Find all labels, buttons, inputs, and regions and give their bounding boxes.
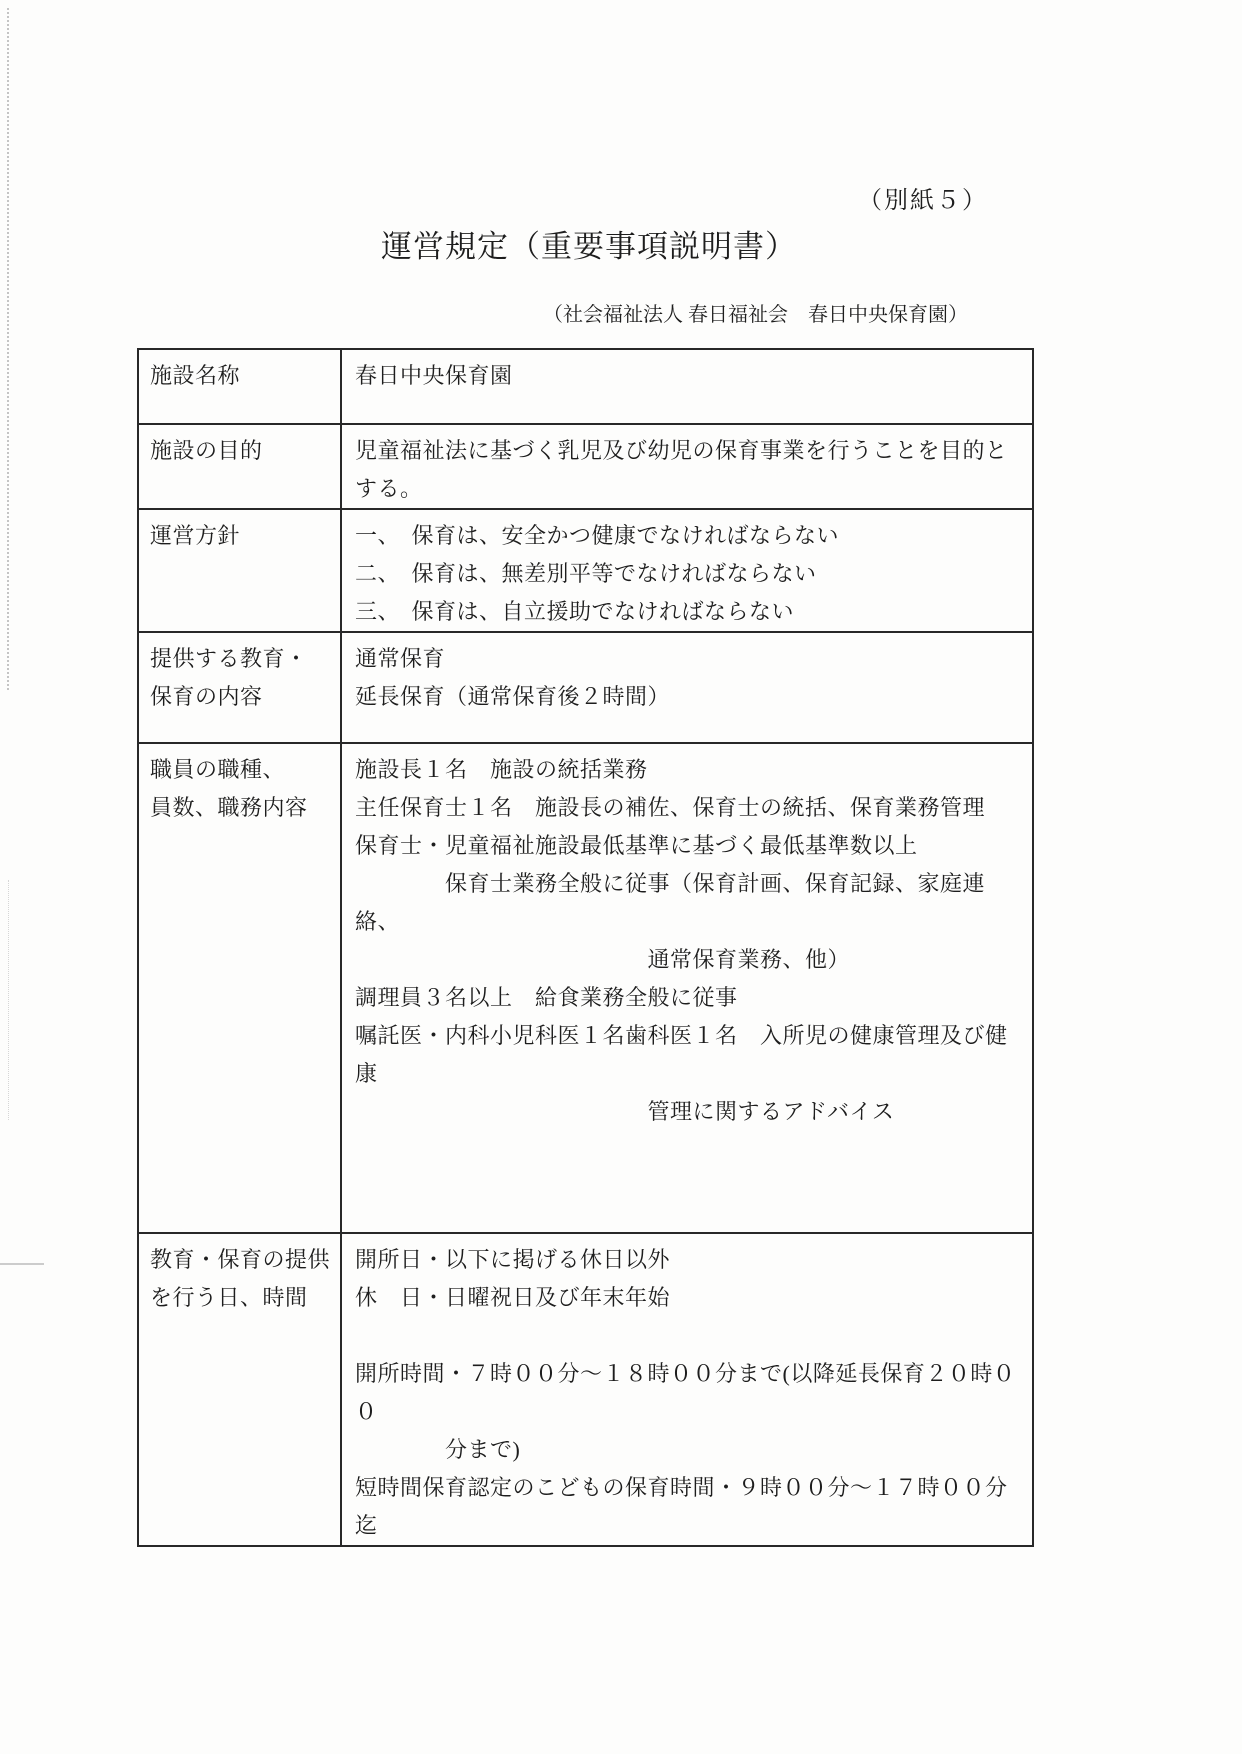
- scan-artifact-line: [7, 8, 9, 690]
- table-row-management-policy: 運営方針 一、 保育は、安全かつ健康でなければならない 二、 保育は、無差別平等…: [138, 509, 1033, 632]
- row-content-management-policy: 一、 保育は、安全かつ健康でなければならない 二、 保育は、無差別平等でなければ…: [341, 509, 1033, 632]
- table-row-facility-purpose: 施設の目的 児童福祉法に基づく乳児及び幼児の保育事業を行うことを目的と する。: [138, 424, 1033, 509]
- scanned-document-page: { "ink_color": "#1d1d1d", "header": { "a…: [0, 0, 1242, 1754]
- label-line: 提供する教育・: [150, 640, 334, 678]
- text-line: 調理員３名以上 給食業務全般に従事: [355, 979, 1024, 1017]
- label-line: 職員の職種、: [150, 751, 334, 789]
- row-label-staff-details: 職員の職種、 員数、職務内容: [138, 743, 341, 1233]
- text-line: 二、 保育は、無差別平等でなければならない: [355, 555, 1024, 593]
- row-label-service-days-hours: 教育・保育の提供 を行う日、時間: [138, 1233, 341, 1546]
- text-line: 開所時間・７時００分～１８時００分まで(以降延長保育２０時００: [355, 1355, 1024, 1431]
- label-line: 施設の目的: [150, 432, 334, 470]
- text-line: 施設長１名 施設の統括業務: [355, 751, 1024, 789]
- row-label-facility-purpose: 施設の目的: [138, 424, 341, 509]
- label-line: 施設名称: [150, 357, 334, 395]
- text-line: する。: [355, 470, 1024, 508]
- text-line: 短時間保育認定のこどもの保育時間・９時００分～１７時００分迄: [355, 1469, 1024, 1545]
- text-line: 春日中央保育園: [355, 357, 1024, 395]
- attachment-label: （別紙５）: [858, 180, 988, 215]
- scan-artifact-line: [8, 880, 9, 1120]
- row-content-facility-name: 春日中央保育園: [341, 349, 1033, 424]
- text-line: 分まで): [355, 1431, 1024, 1469]
- row-content-facility-purpose: 児童福祉法に基づく乳児及び幼児の保育事業を行うことを目的と する。: [341, 424, 1033, 509]
- row-label-education-care-content: 提供する教育・ 保育の内容: [138, 632, 341, 743]
- row-content-staff-details: 施設長１名 施設の統括業務 主任保育士１名 施設長の補佐、保育士の統括、保育業務…: [341, 743, 1033, 1233]
- label-line: 保育の内容: [150, 678, 334, 716]
- organization-line: （社会福祉法人 春日福祉会 春日中央保育園）: [137, 298, 1032, 327]
- text-line: 一、 保育は、安全かつ健康でなければならない: [355, 517, 1024, 555]
- text-line: 三、 保育は、自立援助でなければならない: [355, 593, 1024, 631]
- label-line: 運営方針: [150, 517, 334, 555]
- text-line: 開所日・以下に掲げる休日以外: [355, 1241, 1024, 1279]
- row-content-education-care-content: 通常保育 延長保育（通常保育後２時間）: [341, 632, 1033, 743]
- row-content-service-days-hours: 開所日・以下に掲げる休日以外 休 日・日曜祝日及び年末年始 開所時間・７時００分…: [341, 1233, 1033, 1546]
- row-label-management-policy: 運営方針: [138, 509, 341, 632]
- table-row-staff-details: 職員の職種、 員数、職務内容 施設長１名 施設の統括業務 主任保育士１名 施設長…: [138, 743, 1033, 1233]
- page-title: 運営規定（重要事項説明書）: [381, 221, 797, 266]
- label-line: 教育・保育の提供: [150, 1241, 334, 1279]
- label-line: 員数、職務内容: [150, 789, 334, 827]
- text-line: 児童福祉法に基づく乳児及び幼児の保育事業を行うことを目的と: [355, 432, 1024, 470]
- text-line: 延長保育（通常保育後２時間）: [355, 678, 1024, 716]
- text-line: 保育士業務全般に従事（保育計画、保育記録、家庭連絡、: [355, 865, 1024, 941]
- text-line: 通常保育: [355, 640, 1024, 678]
- row-label-facility-name: 施設名称: [138, 349, 341, 424]
- table-row-facility-name: 施設名称 春日中央保育園: [138, 349, 1033, 424]
- table-row-service-days-hours: 教育・保育の提供 を行う日、時間 開所日・以下に掲げる休日以外 休 日・日曜祝日…: [138, 1233, 1033, 1546]
- text-line: 通常保育業務、他）: [355, 941, 1024, 979]
- text-line: 管理に関するアドバイス: [355, 1093, 1024, 1131]
- text-line: [355, 1317, 1024, 1355]
- text-line: 保育士・児童福祉施設最低基準に基づく最低基準数以上: [355, 827, 1024, 865]
- operating-regulations-table: 施設名称 春日中央保育園 施設の目的 児童福祉法に基づく乳児及び幼児の保育事業を…: [137, 348, 1034, 1547]
- text-line: 主任保育士１名 施設長の補佐、保育士の統括、保育業務管理: [355, 789, 1024, 827]
- text-line: 嘱託医・内科小児科医１名歯科医１名 入所児の健康管理及び健康: [355, 1017, 1024, 1093]
- scan-artifact-dash: [0, 1263, 44, 1265]
- table-row-education-care-content: 提供する教育・ 保育の内容 通常保育 延長保育（通常保育後２時間）: [138, 632, 1033, 743]
- label-line: を行う日、時間: [150, 1279, 334, 1317]
- text-line: 休 日・日曜祝日及び年末年始: [355, 1279, 1024, 1317]
